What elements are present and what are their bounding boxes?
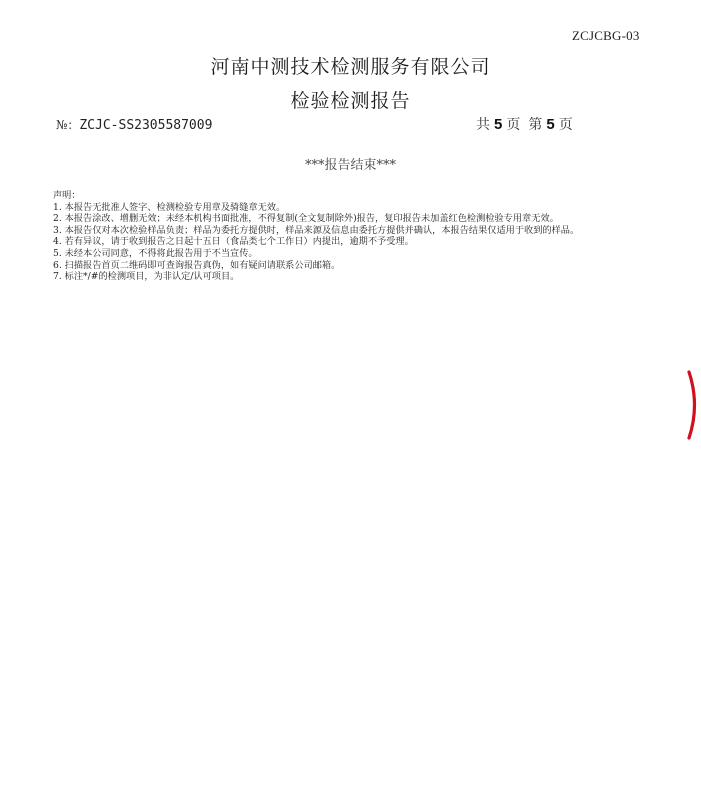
report-end-mark: ***报告结束*** xyxy=(0,154,701,173)
form-code: ZCJCBG-03 xyxy=(572,28,640,44)
current-prefix: 第 xyxy=(528,117,542,133)
current-page: 5 xyxy=(546,116,554,133)
statement-item: 5. 未经本公司同意，不得将此报告用于不当宣传。 xyxy=(53,248,663,260)
total-prefix: 共 xyxy=(476,117,490,133)
statement-item: 1. 本报告无批准人签字、检测检验专用章及骑缝章无效。 xyxy=(53,202,663,214)
report-number-label: №： xyxy=(56,118,79,132)
statement-title: 声明： xyxy=(53,190,663,202)
total-suffix: 页 xyxy=(506,117,520,133)
total-pages: 5 xyxy=(494,116,502,133)
report-number-row: №：ZCJC-SS2305587009 xyxy=(56,116,212,133)
company-name: 河南中测技术检测服务有限公司 xyxy=(0,52,701,79)
report-title: 检验检测报告 xyxy=(0,86,701,113)
report-number: ZCJC-SS2305587009 xyxy=(79,118,212,133)
page-count: 共5页第5页 xyxy=(476,114,573,134)
statement-item: 3. 本报告仅对本次检验样品负责；样品为委托方提供时，样品来源及信息由委托方提供… xyxy=(53,225,663,237)
statement-block: 声明： 1. 本报告无批准人签字、检测检验专用章及骑缝章无效。 2. 本报告涂改… xyxy=(53,190,663,283)
statement-item: 7. 标注*/#的检测项目，为非认定/认可项目。 xyxy=(53,271,663,283)
statement-item: 4. 若有异议，请于收到报告之日起十五日（食品类七个工作日）内提出，逾期不予受理… xyxy=(53,236,663,248)
statement-item: 2. 本报告涂改、增删无效；未经本机构书面批准，不得复制(全文复制除外)报告，复… xyxy=(53,213,663,225)
current-suffix: 页 xyxy=(559,117,573,133)
red-seal-arc-icon xyxy=(686,370,701,440)
statement-item: 6. 扫描报告首页二维码即可查询报告真伪，如有疑问请联系公司邮箱。 xyxy=(53,260,663,272)
